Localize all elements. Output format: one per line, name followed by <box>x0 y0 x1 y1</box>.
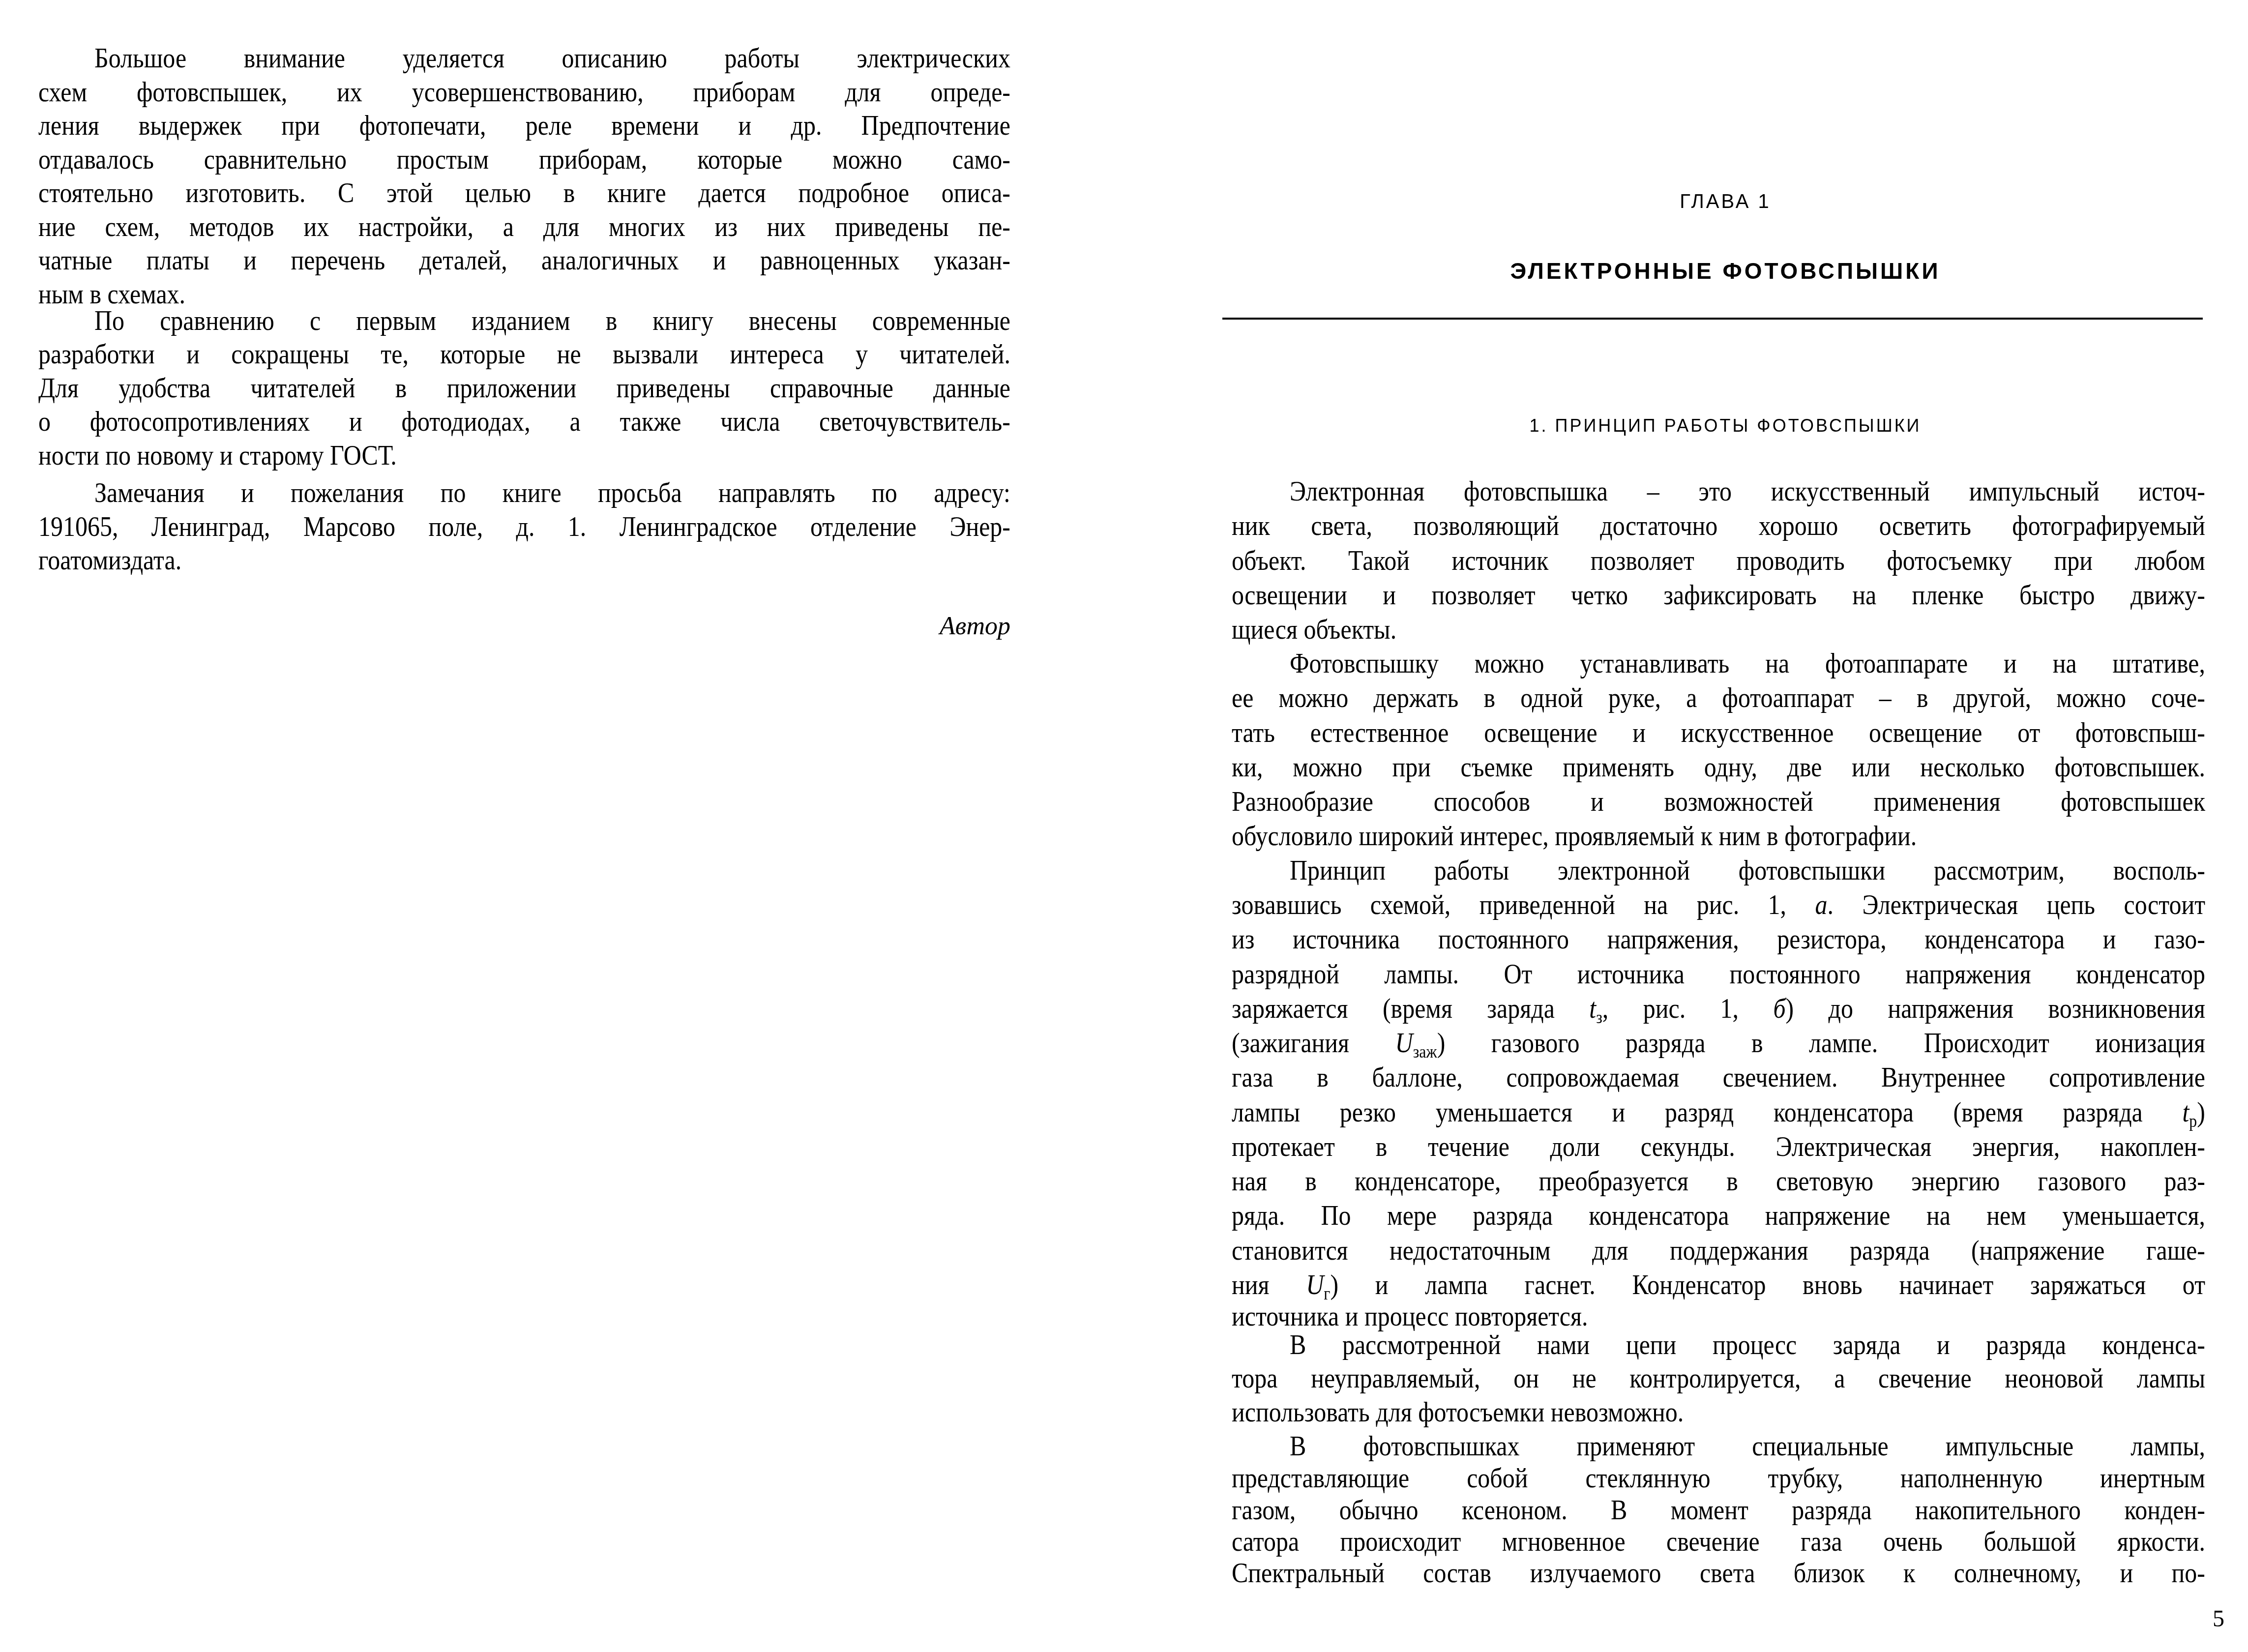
text-line: Замечания и пожелания по книге просьба н… <box>94 479 1010 506</box>
text-line: схем фотовспышек, их усовершенствованию,… <box>38 78 1010 106</box>
text-line: ления выдержек при фотопечати, реле врем… <box>38 112 1010 139</box>
text-line-with-math: ния Uг) и лампа гаснет. Конденсатор внов… <box>1232 1271 2205 1298</box>
text-segment: ) газового разряда в лампе. Происходит и… <box>1437 1028 2205 1059</box>
math-variable: t <box>1589 993 1596 1024</box>
text-line: протекает в течение доли секунды. Электр… <box>1232 1133 2205 1160</box>
text-line: ник света, позволяющий достаточно хорошо… <box>1232 512 2205 539</box>
math-variable: U <box>1395 1028 1413 1059</box>
right-page: ГЛАВА 1 ЭЛЕКТРОННЫЕ ФОТОВСПЫШКИ 1. ПРИНЦ… <box>1124 0 2248 1652</box>
math-subscript: заж <box>1413 1042 1437 1062</box>
text-line: обусловило широкий интерес, проявляемый … <box>1232 822 2205 850</box>
text-line-with-figure-ref: зовавшись схемой, приведенной на рис. 1,… <box>1232 891 2205 918</box>
text-line: Разнообразие способов и возможностей при… <box>1232 788 2205 815</box>
text-line: разработки и сокращены те, которые не вы… <box>38 340 1010 368</box>
text-line: щиеся объекты. <box>1232 616 2205 643</box>
math-subscript: р <box>2189 1111 2197 1131</box>
text-line: Электронная фотовспышка – это искусствен… <box>1290 477 2205 505</box>
text-line: тора неуправляемый, он не контролируется… <box>1232 1364 2205 1392</box>
text-line: Для удобства читателей в приложении прив… <box>38 374 1010 402</box>
text-line: ности по новому и старому ГОСТ. <box>38 442 1010 469</box>
text-line: стоятельно изготовить. С этой целью в кн… <box>38 179 1010 206</box>
text-line: ряда. По мере разряда конденсатора напря… <box>1232 1202 2205 1229</box>
text-line: представляющие собой стеклянную трубку, … <box>1232 1464 2205 1492</box>
text-segment: ) и лампа гаснет. Конденсатор вновь начи… <box>1330 1269 2205 1300</box>
chapter-label: ГЛАВА 1 <box>1124 191 2248 212</box>
text-line: Спектральный состав излучаемого света бл… <box>1232 1559 2205 1587</box>
text-line: ная в конденсаторе, преобразуется в свет… <box>1232 1167 2205 1195</box>
text-line: ние схем, методов их настройки, а для мн… <box>38 213 1010 240</box>
text-line: из источника постоянного напряжения, рез… <box>1232 925 2205 953</box>
text-line: Большое внимание уделяется описанию рабо… <box>94 44 1010 72</box>
text-line: объект. Такой источник позволяет проводи… <box>1232 547 2205 574</box>
text-line-with-math: лампы резко уменьшается и разряд конденс… <box>1232 1098 2205 1126</box>
text-line: тать естественное освещение и искусствен… <box>1232 719 2205 746</box>
text-segment: зовавшись схемой, приведенной на рис. 1, <box>1232 889 1815 920</box>
text-segment: лампы резко уменьшается и разряд конденс… <box>1232 1097 2182 1128</box>
text-line: газом, обычно ксеноном. В момент разряда… <box>1232 1496 2205 1524</box>
text-line: В фотовспышках применяют специальные имп… <box>1290 1432 2205 1460</box>
text-line: освещении и позволяет четко зафиксироват… <box>1232 581 2205 609</box>
text-segment: ) <box>2197 1097 2205 1128</box>
text-segment: ния <box>1232 1269 1306 1300</box>
text-line: ее можно держать в одной руке, а фотоапп… <box>1232 684 2205 711</box>
section-title: 1. ПРИНЦИП РАБОТЫ ФОТОВСПЫШКИ <box>1124 416 2248 436</box>
text-line: В рассмотренной нами цепи процесс заряда… <box>1290 1331 2205 1358</box>
text-line: Фотовспышку можно устанавливать на фотоа… <box>1290 649 2205 677</box>
text-line: разрядной лампы. От источника постоянног… <box>1232 960 2205 988</box>
text-line: источника и процесс повторяется. <box>1232 1302 2205 1330</box>
text-line: использовать для фотосъемки невозможно. <box>1232 1398 2205 1426</box>
text-line: газа в баллоне, сопровождаемая свечением… <box>1232 1063 2205 1091</box>
text-line: ным в схемах. <box>38 280 1010 308</box>
text-line-with-math: заряжается (время заряда tз, рис. 1, б) … <box>1232 995 2205 1022</box>
page-number: 5 <box>2213 1607 2224 1631</box>
math-variable: U <box>1306 1269 1324 1300</box>
text-segment: ) до напряжения возникновения <box>1786 993 2205 1024</box>
chapter-title: ЭЛЕКТРОННЫЕ ФОТОВСПЫШКИ <box>1124 259 2248 283</box>
text-line: 191065, Ленинград, Марсово поле, д. 1. Л… <box>38 513 1010 540</box>
text-line: сатора происходит мгновенное свечение га… <box>1232 1528 2205 1555</box>
math-variable: t <box>2182 1097 2189 1128</box>
text-line: гоатомиздата. <box>38 546 1010 574</box>
text-line: отдавалось сравнительно простым приборам… <box>38 146 1010 173</box>
figure-ref-letter: а <box>1815 889 1827 920</box>
text-line: чатные платы и перечень деталей, аналоги… <box>38 246 1010 274</box>
math-subscript: з <box>1596 1007 1602 1027</box>
text-segment: . Электрическая цепь состоит <box>1827 889 2205 920</box>
text-segment: , рис. 1, <box>1602 993 1774 1024</box>
figure-ref-letter: б <box>1773 993 1785 1024</box>
text-line: ки, можно при съемке применять одну, две… <box>1232 753 2205 781</box>
text-segment: заряжается (время заряда <box>1232 993 1589 1024</box>
chapter-divider <box>1222 318 2203 320</box>
text-segment: (зажигания <box>1232 1028 1395 1059</box>
text-line-with-math: (зажигания Uзаж) газового разряда в ламп… <box>1232 1029 2205 1057</box>
text-line: Принцип работы электронной фотовспышки р… <box>1290 856 2205 884</box>
text-line: становится недостаточным для поддержания… <box>1232 1237 2205 1264</box>
author-signature: Автор <box>931 614 1010 639</box>
text-line: о фотосопротивлениях и фотодиодах, а так… <box>38 408 1010 435</box>
left-page: Большое внимание уделяется описанию рабо… <box>0 0 1124 1652</box>
text-line: По сравнению с первым изданием в книгу в… <box>94 307 1010 334</box>
